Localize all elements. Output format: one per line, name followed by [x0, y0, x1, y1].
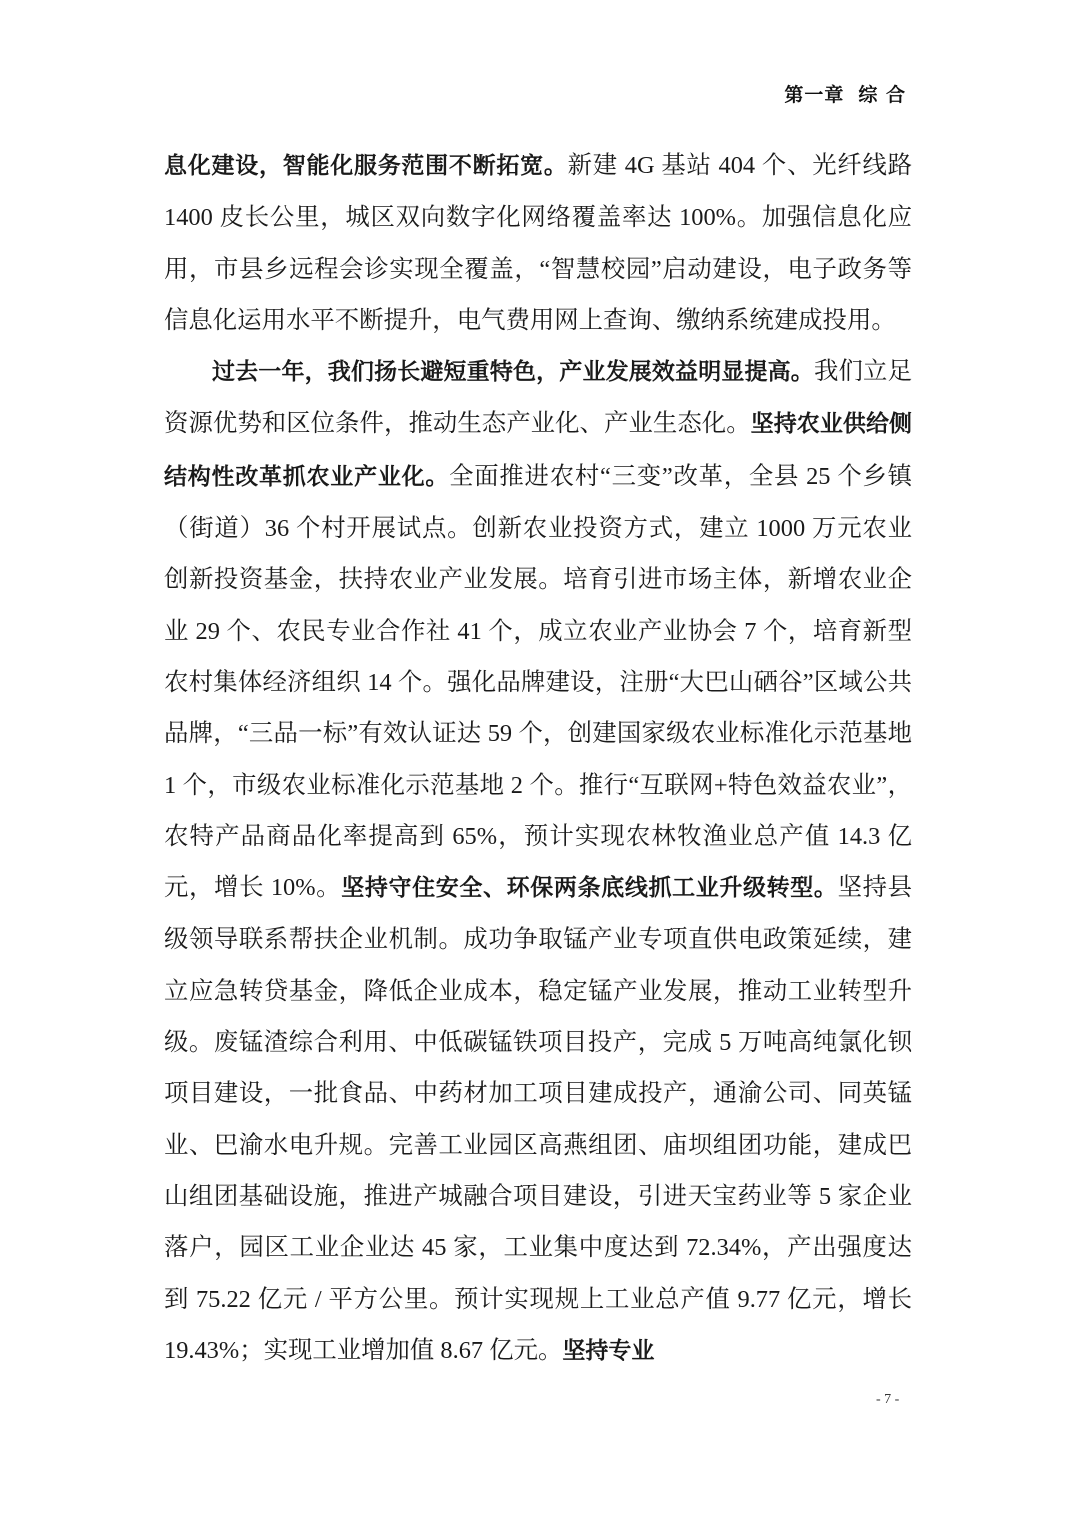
body-text: 新建 4G 基站 404 个、光纤线路 1400 皮长公里，城区双向数字化网络覆… [164, 152, 912, 334]
chapter-header: 第一章综 合 [784, 80, 906, 107]
body-text: 坚持县级领导联系帮扶企业机制。成功争取锰产业专项直供电政策延续，建立应急转贷基金… [164, 874, 912, 1364]
bold-lead: 过去一年，我们扬长避短重特色，产业发展效益明显提高。 [212, 359, 814, 385]
paragraph-2: 过去一年，我们扬长避短重特色，产业发展效益明显提高。我们立足资源优势和区位条件，… [164, 346, 912, 1377]
chapter-number: 第一章 [784, 84, 844, 106]
body-text: 全面推进农村“三变”改革，全县 25 个乡镇（街道）36 个村开展试点。创新农业… [164, 463, 912, 901]
paragraph-1: 息化建设，智能化服务范围不断拓宽。新建 4G 基站 404 个、光纤线路 140… [164, 140, 912, 346]
document-body: 息化建设，智能化服务范围不断拓宽。新建 4G 基站 404 个、光纤线路 140… [164, 140, 912, 1377]
page-number: - 7 - [876, 1392, 899, 1408]
chapter-title: 综 合 [858, 84, 906, 106]
bold-lead: 息化建设，智能化服务范围不断拓宽。 [164, 153, 568, 179]
bold-heading-continued: 坚持专业 [562, 1338, 654, 1364]
bold-heading-industry: 坚持守住安全、环保两条底线抓工业升级转型。 [341, 875, 837, 901]
